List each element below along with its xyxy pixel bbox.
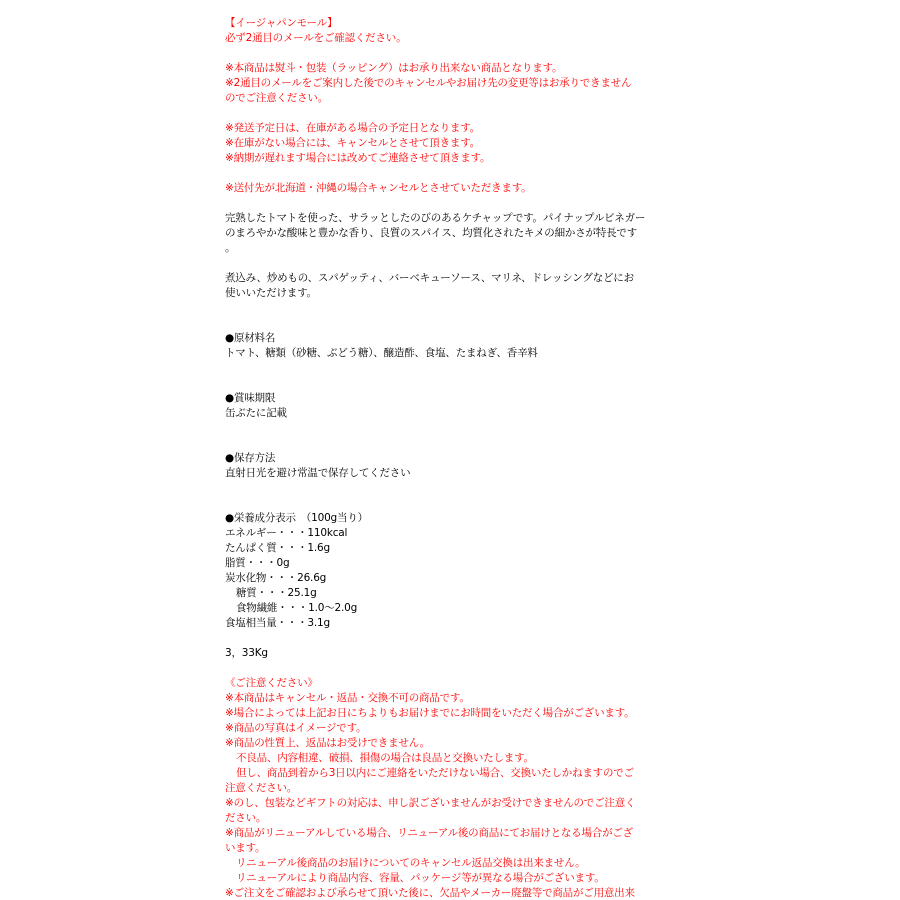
- ingredients-value: トマト、糖類（砂糖、ぶどう糖）、醸造酢、食塩、たまねぎ、香辛料: [225, 346, 675, 361]
- nutrition-title: ●栄養成分表示 （100g当り）: [225, 511, 675, 526]
- best-before-title: ●賞味期限: [225, 391, 675, 406]
- notice-line: ※納期が遅れます場合には改めてご連絡させて頂きます。: [225, 151, 675, 166]
- nutrition-row: 食物繊維・・・1.0～2.0g: [225, 601, 675, 616]
- caution-line: ださい。: [225, 811, 675, 826]
- caution-line: ※商品の性質上、返品はお受けできません。: [225, 736, 675, 751]
- caution-line: 但し、商品到着から3日以内にご連絡をいただけない場合、交換いたしかねますのでご: [225, 766, 675, 781]
- caution-line: リニューアルにより商品内容、容量、パッケージ等が異なる場合がございます。: [225, 871, 675, 886]
- caution-line: 不良品、内容相違、破損、損傷の場合は良品と交換いたします。: [225, 751, 675, 766]
- notice-line: ※発送予定日は、在庫がある場合の予定日となります。: [225, 121, 675, 136]
- caution-line: います。: [225, 841, 675, 856]
- store-name: 【イージャパンモール】: [225, 16, 675, 31]
- usage-line: 使いいただけます。: [225, 286, 675, 301]
- best-before-value: 缶ぶたに記載: [225, 406, 675, 421]
- description-line: 完熟したトマトを使った、サラッとしたのびのあるケチャップです。パイナップルビネガ…: [225, 211, 675, 226]
- storage-value: 直射日光を避け常温で保存してください: [225, 466, 675, 481]
- description-line: 。: [225, 241, 675, 256]
- caution-line: ※のし、包装などギフトの対応は、申し訳ございませんがお受けできませんのでご注意く: [225, 796, 675, 811]
- caution-line: ※本商品はキャンセル・返品・交換不可の商品です。: [225, 691, 675, 706]
- usage-line: 煮込み、炒めもの、スパゲッティ、バーベキューソース、マリネ、ドレッシングなどにお: [225, 271, 675, 286]
- nutrition-row: たんぱく質・・・1.6g: [225, 541, 675, 556]
- caution-line: リニューアル後商品のお届けについてのキャンセル返品交換は出来ません。: [225, 856, 675, 871]
- nutrition-row: 食塩相当量・・・3.1g: [225, 616, 675, 631]
- caution-line: ※場合によっては上記お日にちよりもお届けまでにお時間をいただく場合がございます。: [225, 706, 675, 721]
- caution-line: ※ご注文をご確認および承らせて頂いた後に、欠品やメーカー廃盤等で商品がご用意出来: [225, 886, 675, 900]
- caution-title: 《ご注意ください》: [225, 676, 675, 691]
- notice-line: ※2通目のメールをご案内した後でのキャンセルやお届け先の変更等はお承りできません: [225, 76, 675, 91]
- caution-line: ※商品がリニューアルしている場合、リニューアル後の商品にてお届けとなる場合がござ: [225, 826, 675, 841]
- nutrition-row: 脂質・・・0g: [225, 556, 675, 571]
- nutrition-row: エネルギー・・・110kcal: [225, 526, 675, 541]
- check-mail-notice: 必ず2通目のメールをご確認ください。: [225, 31, 675, 46]
- nutrition-row: 糖質・・・25.1g: [225, 586, 675, 601]
- caution-line: 注意ください。: [225, 781, 675, 796]
- nutrition-row: 炭水化物・・・26.6g: [225, 571, 675, 586]
- caution-line: ※商品の写真はイメージです。: [225, 721, 675, 736]
- product-description: 【イージャパンモール】 必ず2通目のメールをご確認ください。 ※本商品は熨斗・包…: [225, 16, 675, 900]
- notice-line: のでご注意ください。: [225, 91, 675, 106]
- notice-line: ※在庫がない場合には、キャンセルとさせて頂きます。: [225, 136, 675, 151]
- notice-line: ※本商品は熨斗・包装（ラッピング）はお承り出来ない商品となります。: [225, 61, 675, 76]
- ingredients-title: ●原材料名: [225, 331, 675, 346]
- storage-title: ●保存方法: [225, 451, 675, 466]
- description-line: のまろやかな酸味と豊かな香り、良質のスパイス、均質化されたキメの細かさが特長です: [225, 226, 675, 241]
- notice-line: ※送付先が北海道・沖縄の場合キャンセルとさせていただきます。: [225, 181, 675, 196]
- weight: 3，33Kg: [225, 646, 675, 661]
